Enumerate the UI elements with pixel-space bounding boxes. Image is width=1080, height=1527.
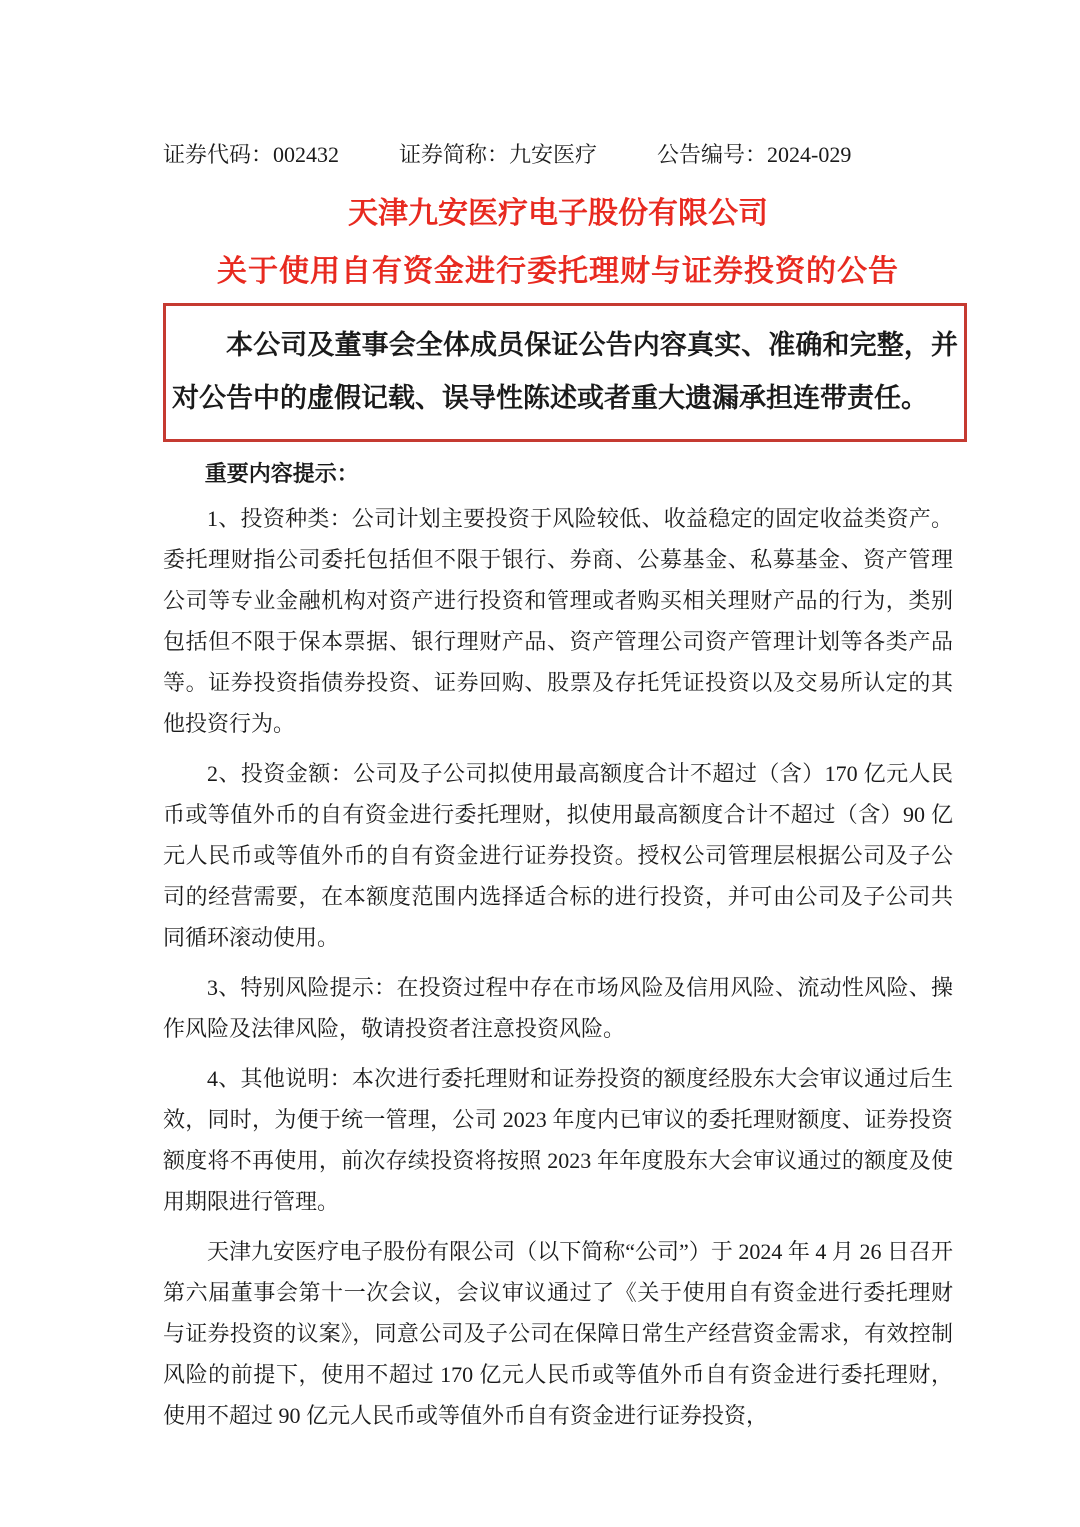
notice-paragraph-investment-type: 1、投资种类：公司计划主要投资于风险较低、收益稳定的固定收益类资产。委托理财指公… <box>163 498 953 744</box>
notice-paragraph-risk-warning: 3、特别风险提示：在投资过程中存在市场风险及信用风险、流动性风险、操作风险及法律… <box>163 967 953 1049</box>
notice-paragraph-other-notes: 4、其他说明：本次进行委托理财和证券投资的额度经股东大会审议通过后生效，同时，为… <box>163 1058 953 1222</box>
announcement-number-text: 公告编号：2024-029 <box>657 141 851 169</box>
stock-code-text: 证券代码：002432 <box>163 141 339 169</box>
notice-paragraph-investment-amount: 2、投资金额：公司及子公司拟使用最高额度合计不超过（含）170 亿元人民币或等值… <box>163 753 953 958</box>
company-name-title: 天津九安医疗电子股份有限公司 <box>163 196 953 232</box>
integrity-statement-text: 本公司及董事会全体成员保证公告内容真实、准确和完整，并对公告中的虚假记载、误导性… <box>172 319 958 425</box>
important-notice-heading: 重要内容提示： <box>163 459 953 489</box>
integrity-statement-box: 本公司及董事会全体成员保证公告内容真实、准确和完整，并对公告中的虚假记载、误导性… <box>163 303 967 442</box>
announcement-document-page: 证券代码：002432 证券简称：九安医疗 公告编号：2024-029 天津九安… <box>0 0 1080 1527</box>
stock-abbr-text: 证券简称：九安医疗 <box>399 141 597 169</box>
body-paragraph-board-meeting: 天津九安医疗电子股份有限公司（以下简称“公司”）于 2024 年 4 月 26 … <box>163 1231 953 1436</box>
announcement-subject-title: 关于使用自有资金进行委托理财与证券投资的公告 <box>163 254 953 290</box>
header-meta-row: 证券代码：002432 证券简称：九安医疗 公告编号：2024-029 <box>163 141 953 169</box>
